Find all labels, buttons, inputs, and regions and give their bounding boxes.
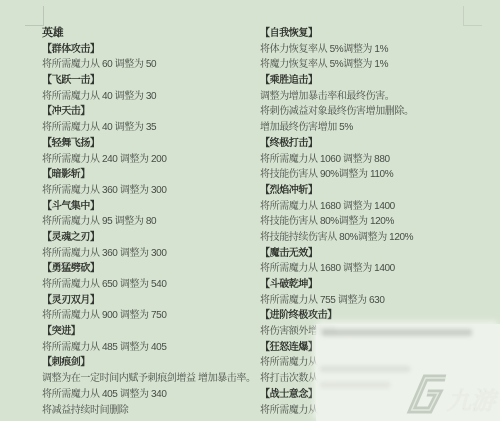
patch-note-line: 将所需魔力从 1060 调整为 880: [260, 152, 500, 168]
patch-note-line: 将刺伤减益对象最终伤害增加删除。: [260, 104, 500, 120]
patch-note-line: 将所需魔力从 95 调整为 80: [42, 214, 260, 230]
patch-note-line: 将所需魔力从 240 调整为 200: [42, 152, 260, 168]
document-page: 英雄【群体攻击】将所需魔力从 60 调整为 50【飞跃一击】将所需魔力从 40 …: [0, 0, 500, 421]
text-boundary-corner-top-right: [463, 6, 482, 26]
patch-note-line: 将减益持续时间删除: [42, 403, 260, 419]
patch-note-line: 将所需魔力从 650 调整为 540: [42, 277, 260, 293]
patch-note-line: 调整为在一定时间内赋予刺痕剑增益 增加暴击率。: [42, 371, 260, 387]
blurred-text-trace: [320, 382, 390, 388]
skill-title: 【轻舞飞扬】: [42, 136, 260, 152]
skill-title: 【灵刃双月】: [42, 293, 260, 309]
watermark-label: 九游: [447, 387, 499, 415]
patch-note-line: 将体力恢复率从 5%调整为 1%: [260, 42, 500, 58]
9game-logo-icon: [412, 378, 446, 410]
patch-note-line: 将所需魔力从 900 调整为 750: [42, 308, 260, 324]
patch-note-line: 将所需魔力从 40 调整为 30: [42, 89, 260, 105]
section-heading: 英雄: [42, 26, 260, 42]
patch-note-line: 将所需魔力从 60 调整为 50: [42, 57, 260, 73]
patch-note-line: 调整为增加暴击率和最终伤害。: [260, 89, 500, 105]
skill-title: 【自我恢复】: [260, 26, 500, 42]
patch-note-line: 将所需魔力从 755 调整为 630: [260, 293, 500, 309]
patch-note-line: 将所需魔力从 360 调整为 300: [42, 246, 260, 262]
patch-note-line: 将所需魔力从 405 调整为 340: [42, 387, 260, 403]
patch-note-line: 将所需魔力从 485 调整为 405: [42, 340, 260, 356]
skill-title: 【突进】: [42, 324, 260, 340]
skill-title: 【烈焰冲斩】: [260, 183, 500, 199]
patch-note-line: 将所需魔力从 360 调整为 300: [42, 183, 260, 199]
skill-title: 【斗破乾坤】: [260, 277, 500, 293]
patch-note-line: 将技能伤害从 80%调整为 120%: [260, 214, 500, 230]
left-column: 英雄【群体攻击】将所需魔力从 60 调整为 50【飞跃一击】将所需魔力从 40 …: [42, 26, 260, 418]
skill-title: 【群体攻击】: [42, 42, 260, 58]
skill-title: 【乘胜追击】: [260, 73, 500, 89]
skill-title: 【灵魂之刃】: [42, 230, 260, 246]
skill-title: 【勇猛劈砍】: [42, 261, 260, 277]
patch-note-line: 将魔力恢复率从 5%调整为 1%: [260, 57, 500, 73]
skill-title: 【斗气集中】: [42, 199, 260, 215]
patch-note-line: 将所需魔力从 40 调整为 35: [42, 120, 260, 136]
skill-title: 【飞跃一击】: [42, 73, 260, 89]
skill-title: 【终极打击】: [260, 136, 500, 152]
patch-note-line: 将所需魔力从 1680 调整为 1400: [260, 199, 500, 215]
skill-title: 【冲天击】: [42, 104, 260, 120]
patch-note-line: 将技能持续伤害从 80%调整为 120%: [260, 230, 500, 246]
skill-title: 【魔击无效】: [260, 246, 500, 262]
skill-title: 【刺痕剑】: [42, 355, 260, 371]
blurred-text-trace: [320, 366, 410, 372]
patch-note-line: 将所需魔力从 1680 调整为 1400: [260, 261, 500, 277]
blurred-text-trace: [322, 329, 472, 336]
patch-note-line: 增加最终伤害增加 5%: [260, 120, 500, 136]
patch-note-line: 将技能伤害从 90%调整为 110%: [260, 167, 500, 183]
skill-title: 【进阶终极攻击】: [260, 308, 500, 324]
text-boundary-corner-top-left: [25, 6, 44, 26]
skill-title: 【暗影斩】: [42, 167, 260, 183]
9game-watermark: 九游: [403, 371, 500, 419]
